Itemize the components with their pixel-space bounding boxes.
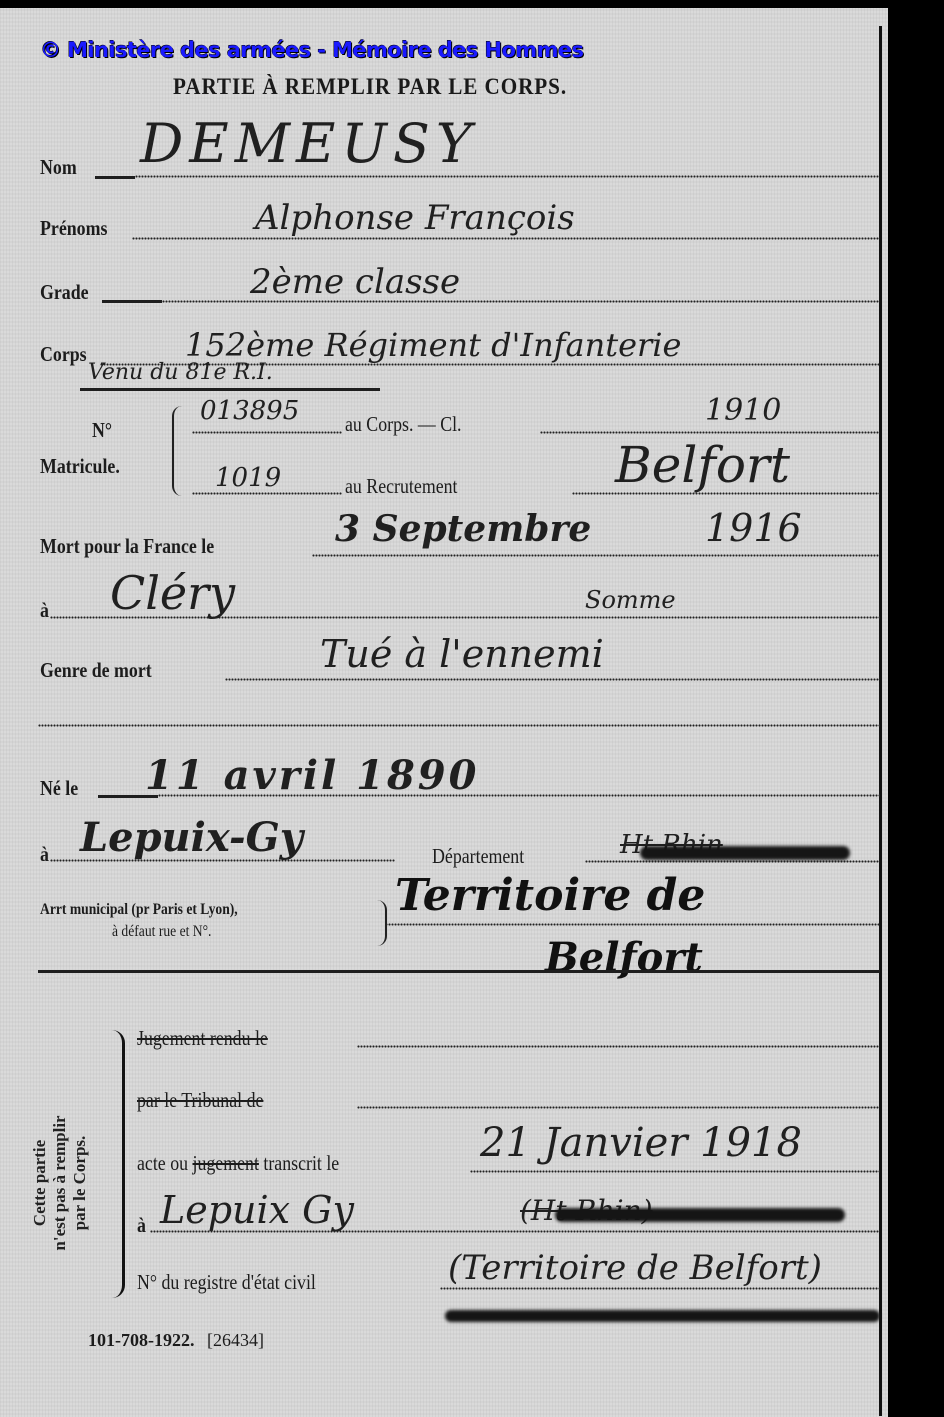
dotted-line [357,1045,880,1048]
acte-struck: jugement [193,1151,259,1175]
value-birth-place: Lepuix-Gy [80,814,303,861]
acte-prefix: acte ou [137,1151,188,1175]
label-acte-ou: acte ou jugement transcrit le [137,1151,339,1176]
underline [80,388,380,391]
value-prenoms: Alphonse François [255,198,575,238]
dotted-line [192,431,342,434]
value-a-lower: Lepuix Gy [160,1188,354,1232]
dotted-line [225,678,880,681]
section-divider [38,970,880,973]
label-no: N° [92,418,112,443]
value-matricule-corps: 013895 [200,396,299,426]
value-registre: (Territoire de Belfort) [448,1248,822,1288]
dotted-line [192,492,342,495]
value-death-year: 1916 [705,506,802,550]
printer-code: 101-708-1922. [88,1330,195,1350]
value-death-date: 3 Septembre [335,508,591,550]
label-nom: Nom [40,155,77,180]
label-corps: Corps [40,342,87,367]
dotted-line [385,923,880,926]
label-mort-pour-la-france: Mort pour la France le [40,534,214,559]
dotted-line [312,554,880,557]
label-a-naissance: à [40,842,49,867]
value-arrondissement-line1: Territoire de [395,870,705,921]
ink-underline [445,1310,880,1322]
value-birth-date: 11 avril 1890 [145,752,479,799]
label-genre-de-mort: Genre de mort [40,658,152,683]
value-nom: DEMEUSY [140,112,478,175]
value-genre-de-mort: Tué à l'ennemi [320,632,604,676]
value-classe: 1910 [705,393,781,428]
label-departement: Département [432,844,524,869]
label-grade: Grade [40,280,89,305]
side-note-line2: n'est pas à remplir [50,1068,70,1298]
value-transcrit: 21 Janvier 1918 [480,1120,802,1166]
label-tribunal: par le Tribunal de [137,1088,263,1113]
label-arrondissement-line2: à défaut rue et N°. [112,923,211,941]
side-note: Cette partie n'est pas à remplir par le … [30,1068,120,1298]
underline [102,300,162,303]
label-jugement-rendu: Jugement rendu le [137,1026,268,1051]
printer-footer: 101-708-1922. [26434] [88,1330,264,1351]
underline [95,176,135,179]
label-ne-le: Né le [40,776,78,801]
label-au-recrutement: au Recrutement [345,474,458,499]
label-prenoms: Prénoms [40,216,107,241]
value-arrondissement-line2: Belfort [545,934,703,981]
value-death-department: Somme [585,586,676,614]
death-record-card: PARTIE À REMPLIR PAR LE CORPS. Nom DEMEU… [0,8,888,1417]
dotted-line [585,860,880,863]
card-edge-line [879,26,882,1416]
side-note-line1: Cette partie [30,1068,50,1298]
copyright-watermark: © Ministère des armées - Mémoire des Hom… [40,38,583,62]
ink-strike [640,846,850,860]
ink-strike [555,1208,845,1222]
corps-note: Venu du 81e R.I. [88,360,273,385]
value-recrutement-place: Belfort [615,436,790,494]
label-a-deces: à [40,598,49,623]
label-arrondissement-line1: Arrt municipal (pr Paris et Lyon), [40,901,238,919]
dotted-line [470,1170,880,1173]
label-a-lower: à [137,1213,146,1238]
value-grade: 2ème classe [250,262,460,302]
brace [172,406,184,496]
dotted-line [38,724,880,727]
acte-suffix: transcrit le [263,1151,339,1175]
value-corps: 152ème Régiment d'Infanterie [185,326,681,364]
label-registre: N° du registre d'état civil [137,1270,316,1295]
label-au-corps: au Corps. — Cl. [345,412,462,437]
value-matricule-recrutement: 1019 [215,463,281,493]
side-note-line3: par le Corps. [70,1068,90,1298]
dotted-line [540,431,880,434]
dotted-line [135,175,880,178]
dotted-line [357,1106,880,1109]
form-title: PARTIE À REMPLIR PAR LE CORPS. [173,74,567,100]
label-matricule: Matricule. [40,454,120,479]
printer-ref: [26434] [207,1330,264,1350]
value-death-place: Cléry [110,566,235,620]
